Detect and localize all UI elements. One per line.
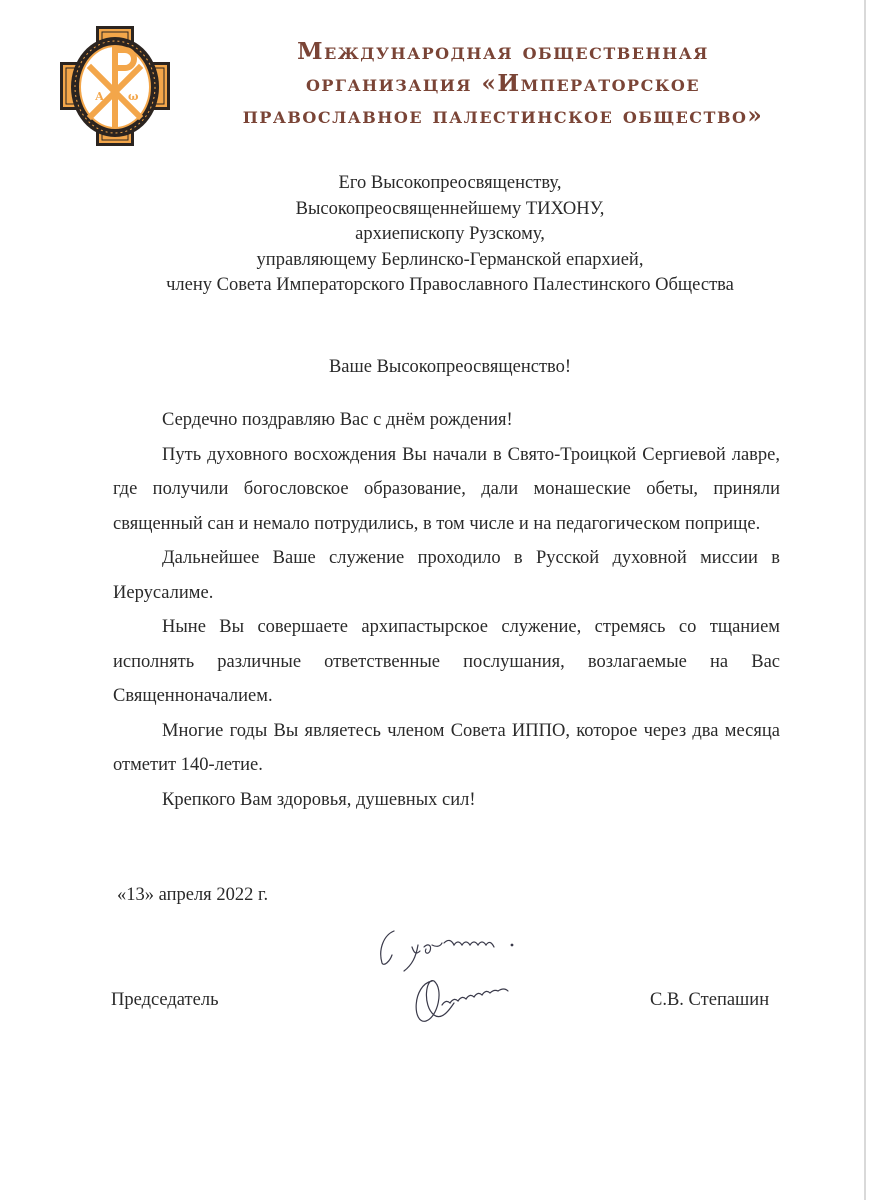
addressee-block: Его Высокопреосвященству, Высокопреосвящ… [100, 171, 800, 299]
body-paragraph: Сердечно поздравляю Вас с днём рождения! [113, 403, 780, 438]
body-paragraph: Путь духовного восхождения Вы начали в С… [113, 438, 780, 542]
organization-name: Международная общественная организация «… [190, 36, 816, 132]
svg-text:ω: ω [128, 90, 139, 103]
ippo-emblem-icon: А ω [58, 24, 172, 148]
addressee-line: архиепископу Рузскому, [100, 222, 800, 248]
svg-text:А: А [95, 90, 104, 103]
addressee-line: члену Совета Императорского Православног… [100, 273, 800, 299]
letter-date: «13» апреля 2022 г. [117, 885, 268, 906]
body-paragraph: Дальнейшее Ваше служение проходило в Рус… [113, 541, 780, 610]
body-paragraph: Крепкого Вам здоровья, душевных сил! [113, 783, 780, 818]
scan-page-edge [864, 0, 866, 1200]
letter-body: Сердечно поздравляю Вас с днём рождения!… [113, 403, 780, 817]
signatory-name: С.В. Степашин [650, 990, 769, 1011]
org-name-line: православное палестинское общество» [190, 100, 816, 132]
addressee-line: управляющему Берлинско-Германской епархи… [100, 248, 800, 274]
addressee-line: Высокопреосвященнейшему ТИХОНУ, [100, 197, 800, 223]
signatory-role: Председатель [111, 990, 219, 1011]
handwritten-signature-icon [372, 925, 572, 1025]
addressee-line: Его Высокопреосвященству, [100, 171, 800, 197]
salutation: Ваше Высокопреосвященство! [100, 357, 800, 378]
body-paragraph: Многие годы Вы являетесь членом Совета И… [113, 714, 780, 783]
org-name-line: организация «Императорское [190, 68, 816, 100]
org-name-line: Международная общественная [190, 36, 816, 68]
body-paragraph: Ныне Вы совершаете архипастырское служен… [113, 610, 780, 714]
